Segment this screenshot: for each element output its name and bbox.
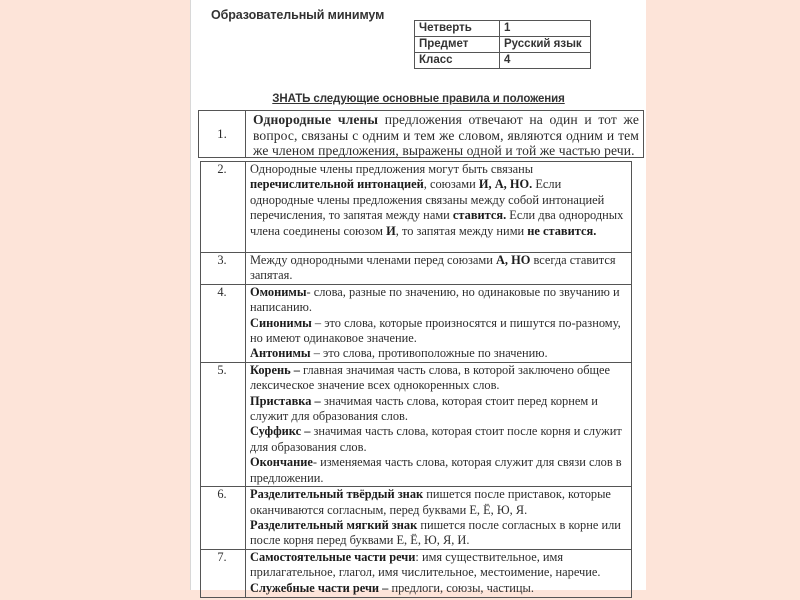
rule-term: Омонимы bbox=[250, 285, 307, 299]
document-page: Образовательный минимум Четверть 1 Предм… bbox=[190, 0, 646, 590]
rule-term: ставится. bbox=[453, 208, 506, 222]
rule-term: Служебные части речи – bbox=[250, 581, 388, 595]
rule-row-4: 4. Омонимы- слова, разные по значению, н… bbox=[201, 284, 632, 362]
rule-text: Однородные члены предложения могут быть … bbox=[246, 162, 632, 253]
rule-term: Окончание bbox=[250, 455, 313, 469]
rule-text: Разделительный твёрдый знак пишется посл… bbox=[246, 487, 632, 550]
rule-definition: главная значимая часть слова, в которой … bbox=[250, 363, 610, 392]
rule-row-6: 6. Разделительный твёрдый знак пишется п… bbox=[201, 487, 632, 550]
rule-term: И, А, НО. bbox=[479, 177, 532, 191]
rule-term: Корень – bbox=[250, 363, 300, 377]
info-label: Предмет bbox=[415, 37, 500, 53]
rule-definition: , то запятая между ними bbox=[396, 224, 528, 238]
rule-definition: , союзами bbox=[424, 177, 479, 191]
info-row-subject: Предмет Русский язык bbox=[415, 37, 591, 53]
rule-row-7: 7. Самостоятельные части речи: имя сущес… bbox=[201, 549, 632, 597]
rule-term: И bbox=[386, 224, 396, 238]
page-title: Образовательный минимум bbox=[211, 8, 384, 22]
rule-row-5: 5. Корень – главная значимая часть слова… bbox=[201, 362, 632, 486]
rule-definition: – это слова, противоположные по значению… bbox=[311, 346, 548, 360]
rule-number: 1. bbox=[199, 111, 246, 157]
rule-term: Антонимы bbox=[250, 346, 311, 360]
info-value: Русский язык bbox=[500, 37, 591, 53]
rule-term: перечислительной интонацией bbox=[250, 177, 424, 191]
rule-term: Разделительный мягкий знак bbox=[250, 518, 417, 532]
rules-table: 2. Однородные члены предложения могут бы… bbox=[200, 161, 632, 598]
rule-text: Корень – главная значимая часть слова, в… bbox=[246, 362, 632, 486]
rule-text: Между однородными членами перед союзами … bbox=[246, 253, 632, 285]
rule-number: 2. bbox=[201, 162, 246, 253]
rule-term: Суффикс – bbox=[250, 424, 310, 438]
info-row-quarter: Четверть 1 bbox=[415, 21, 591, 37]
rule-row-3: 3. Между однородными членами перед союза… bbox=[201, 253, 632, 285]
info-label: Четверть bbox=[415, 21, 500, 37]
rule-term: Разделительный твёрдый знак bbox=[250, 487, 423, 501]
rule-definition: Между однородными членами перед союзами bbox=[250, 253, 496, 267]
section-heading: ЗНАТЬ следующие основные правила и полож… bbox=[191, 93, 646, 105]
rule-term: Однородные члены bbox=[253, 112, 378, 127]
rule-row-2: 2. Однородные члены предложения могут бы… bbox=[201, 162, 632, 253]
rule-row-1: 1. Однородные члены предложения отвечают… bbox=[198, 110, 644, 158]
rule-number: 4. bbox=[201, 284, 246, 362]
rule-text: Однородные члены предложения отвечают на… bbox=[246, 111, 643, 157]
info-value: 4 bbox=[500, 53, 591, 69]
rule-number: 5. bbox=[201, 362, 246, 486]
rule-definition: предлоги, союзы, частицы. bbox=[388, 581, 534, 595]
rule-term: Синонимы bbox=[250, 316, 312, 330]
info-value: 1 bbox=[500, 21, 591, 37]
rule-text: Омонимы- слова, разные по значению, но о… bbox=[246, 284, 632, 362]
rule-term: Самостоятельные части речи bbox=[250, 550, 415, 564]
rule-term: не ставится. bbox=[527, 224, 596, 238]
info-label: Класс bbox=[415, 53, 500, 69]
rule-number: 6. bbox=[201, 487, 246, 550]
rule-text: Самостоятельные части речи: имя существи… bbox=[246, 549, 632, 597]
rule-number: 3. bbox=[201, 253, 246, 285]
info-row-grade: Класс 4 bbox=[415, 53, 591, 69]
rule-term: Приставка – bbox=[250, 394, 321, 408]
rule-definition: Однородные члены предложения могут быть … bbox=[250, 162, 533, 176]
rule-term: А, НО bbox=[496, 253, 530, 267]
rule-number: 7. bbox=[201, 549, 246, 597]
info-table: Четверть 1 Предмет Русский язык Класс 4 bbox=[414, 20, 591, 69]
